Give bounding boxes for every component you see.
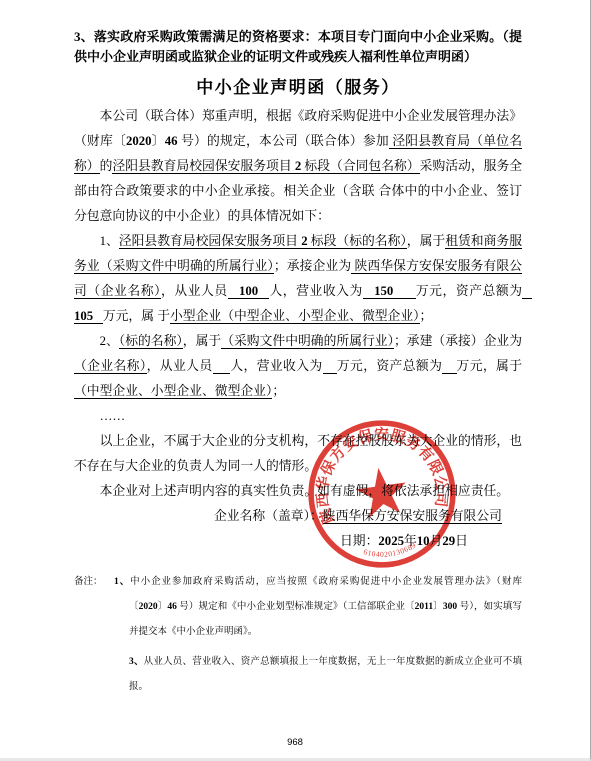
notes-section: 备注： 1、中小企业参加政府采购活动，应当按照《政府采购促进中小企业发展管理办法… [74, 570, 522, 700]
notes-label: 备注： [74, 570, 114, 645]
note-3: 3、从业人员、营业收入、资产总额填报上一年度数据，无上一年度数据的新成立企业可不… [74, 650, 522, 700]
ellipsis-line: …… [74, 404, 522, 429]
no-big-enterprise-paragraph: 以上企业，不属于大企业的分支机构，不存在控股股东为大企业的情形，也不存在与大企业… [74, 429, 522, 479]
item-2-paragraph: 2、（标的名称），属于（采购文件中明确的所属行业）；承建（承接）企业为（企业名称… [74, 329, 522, 404]
item-1-paragraph: 1、泾阳县教育局校园保安服务项目 2 标段（标的名称），属于租赁和商务服务业（采… [74, 229, 522, 329]
note-1: 备注： 1、中小企业参加政府采购活动，应当按照《政府采购促进中小企业发展管理办法… [74, 570, 522, 645]
document-page: 3、落实政府采购政策需满足的资格要求：本项目专门面向中小企业采购。（提 供中小企… [0, 0, 591, 761]
company-name-signature-line: 企业名称（盖章）：陕西华保方安保安服务有限公司 [74, 504, 522, 529]
note-1-text: 1、中小企业参加政府采购活动，应当按照《政府采购促进中小企业发展管理办法》（财库… [114, 570, 522, 645]
qualification-note: 3、落实政府采购政策需满足的资格要求：本项目专门面向中小企业采购。（提 供中小企… [74, 27, 522, 67]
document-content: 3、落实政府采购政策需满足的资格要求：本项目专门面向中小企业采购。（提 供中小企… [74, 27, 522, 700]
declaration-intro-paragraph: 本公司（联合体）郑重声明，根据《政府采购促进中小企业发展管理办法》（财库〔202… [74, 104, 522, 229]
date-line: 日期：2025年10月29日 [74, 529, 522, 554]
page-number: 968 [0, 737, 590, 748]
responsibility-paragraph: 本企业对上述声明内容的真实性负责。如有虚假，将依法承担相应责任。 [74, 479, 522, 504]
document-title: 中小企业声明函（服务） [74, 73, 522, 98]
